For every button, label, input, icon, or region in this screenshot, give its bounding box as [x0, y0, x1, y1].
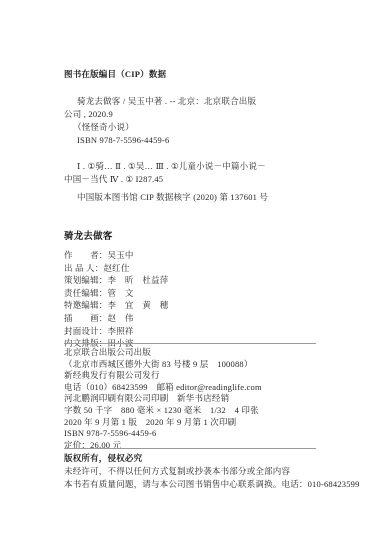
- cip-entry-block: 骑龙去做客 / 吴玉中著 . -- 北京：北京联合出版 公司 , 2020.9 …: [64, 95, 316, 147]
- printer-line: 河北鹏润印刷有限公司印刷 新华书店经销: [64, 393, 316, 405]
- publisher-address: （北京市西城区德外大街 83 号楼 9 层 100088）: [64, 359, 316, 371]
- cip-registry-number: 中国版本图书馆 CIP 数据核字 (2020) 第 137601 号: [64, 191, 316, 204]
- distributor-line: 新经典发行有限公司发行: [64, 370, 316, 382]
- isbn-line: ISBN 978-7-5596-4459-6: [64, 428, 316, 440]
- format-line: 字数 50 千字 880 毫米 × 1230 毫米 1/32 4 印张: [64, 405, 316, 417]
- publication-block: 北京联合出版公司出版 （北京市西城区德外大街 83 号楼 9 层 100088）…: [64, 347, 316, 451]
- credits-list: 作 者：吴玉中 出 品 人：赵红仕 策划编辑：李 昕 杜益萍 责任编辑：管 文 …: [64, 249, 316, 350]
- cip-header: 图书在版编目（CIP）数据: [64, 68, 316, 81]
- credit-row-invited-editor: 特邀编辑：李 宜 黄 穗: [64, 299, 316, 312]
- credit-value: 管 文: [108, 288, 134, 298]
- credit-value: 赵红仕: [103, 263, 129, 273]
- copyright-line2: 未经许可，不得以任何方式复制或抄袭本书部分或全部内容: [64, 465, 316, 478]
- cip-class-line1: Ⅰ . ①骑… Ⅱ . ①吴… Ⅲ . ①儿童小说－中篇小说－: [64, 160, 316, 173]
- credit-value: 李照祥: [108, 326, 134, 336]
- copyright-block: 版权所有，侵权必究 未经许可，不得以任何方式复制或抄袭本书部分或全部内容 本书若…: [64, 452, 316, 491]
- credit-value: 李 昕 杜益萍: [108, 275, 169, 285]
- credit-row-cover-design: 封面设计：李照祥: [64, 325, 316, 338]
- phone-email-line: 电话（010）68423599 邮箱 editor@readinglife.co…: [64, 382, 316, 394]
- edition-line: 2020 年 9 月第 1 版 2020 年 9 月第 1 次印刷: [64, 417, 316, 429]
- cip-series: （怪怪奇小说）: [64, 121, 316, 134]
- copyright-line3: 本书若有质量问题，请与本公司图书销售中心联系调换。电话：010-68423599: [64, 478, 316, 491]
- price-line: 定价：26.00 元: [64, 440, 316, 452]
- credit-label: 封面设计：: [64, 326, 108, 336]
- cip-class-line2: 中国－当代 Ⅳ . ① I287.45: [64, 173, 316, 186]
- cip-classification-block: Ⅰ . ①骑… Ⅱ . ①吴… Ⅲ . ①儿童小说－中篇小说－ 中国－当代 Ⅳ …: [64, 160, 316, 185]
- divider-rule-top: [64, 343, 316, 344]
- copyright-page: 图书在版编目（CIP）数据 骑龙去做客 / 吴玉中著 . -- 北京：北京联合出…: [0, 0, 375, 544]
- credit-row-illustrator: 插 画：赵 伟: [64, 312, 316, 325]
- credit-label: 插 画：: [64, 313, 108, 323]
- credit-row-author: 作 者：吴玉中: [64, 249, 316, 262]
- credit-row-producer: 出 品 人：赵红仕: [64, 262, 316, 275]
- credit-label: 出 品 人：: [64, 263, 103, 273]
- publisher-line: 北京联合出版公司出版: [64, 347, 316, 359]
- copyright-notice: 版权所有，侵权必究: [64, 452, 316, 465]
- credit-label: 策划编辑：: [64, 275, 108, 285]
- credit-label: 作 者：: [64, 250, 108, 260]
- credit-value: 李 宜 黄 穗: [108, 300, 169, 310]
- credit-label: 责任编辑：: [64, 288, 108, 298]
- credit-row-planning-editor: 策划编辑：李 昕 杜益萍: [64, 274, 316, 287]
- cip-isbn: ISBN 978-7-5596-4459-6: [64, 134, 316, 147]
- cip-entry-line2: 公司 , 2020.9: [64, 108, 316, 121]
- credit-value: 赵 伟: [108, 313, 134, 323]
- book-title: 骑龙去做客: [64, 231, 316, 244]
- credit-label: 特邀编辑：: [64, 300, 108, 310]
- cip-entry-line1: 骑龙去做客 / 吴玉中著 . -- 北京：北京联合出版: [64, 95, 316, 108]
- divider-rule-bottom: [64, 448, 316, 449]
- credit-value: 吴玉中: [108, 250, 134, 260]
- credit-row-responsible-editor: 责任编辑：管 文: [64, 287, 316, 300]
